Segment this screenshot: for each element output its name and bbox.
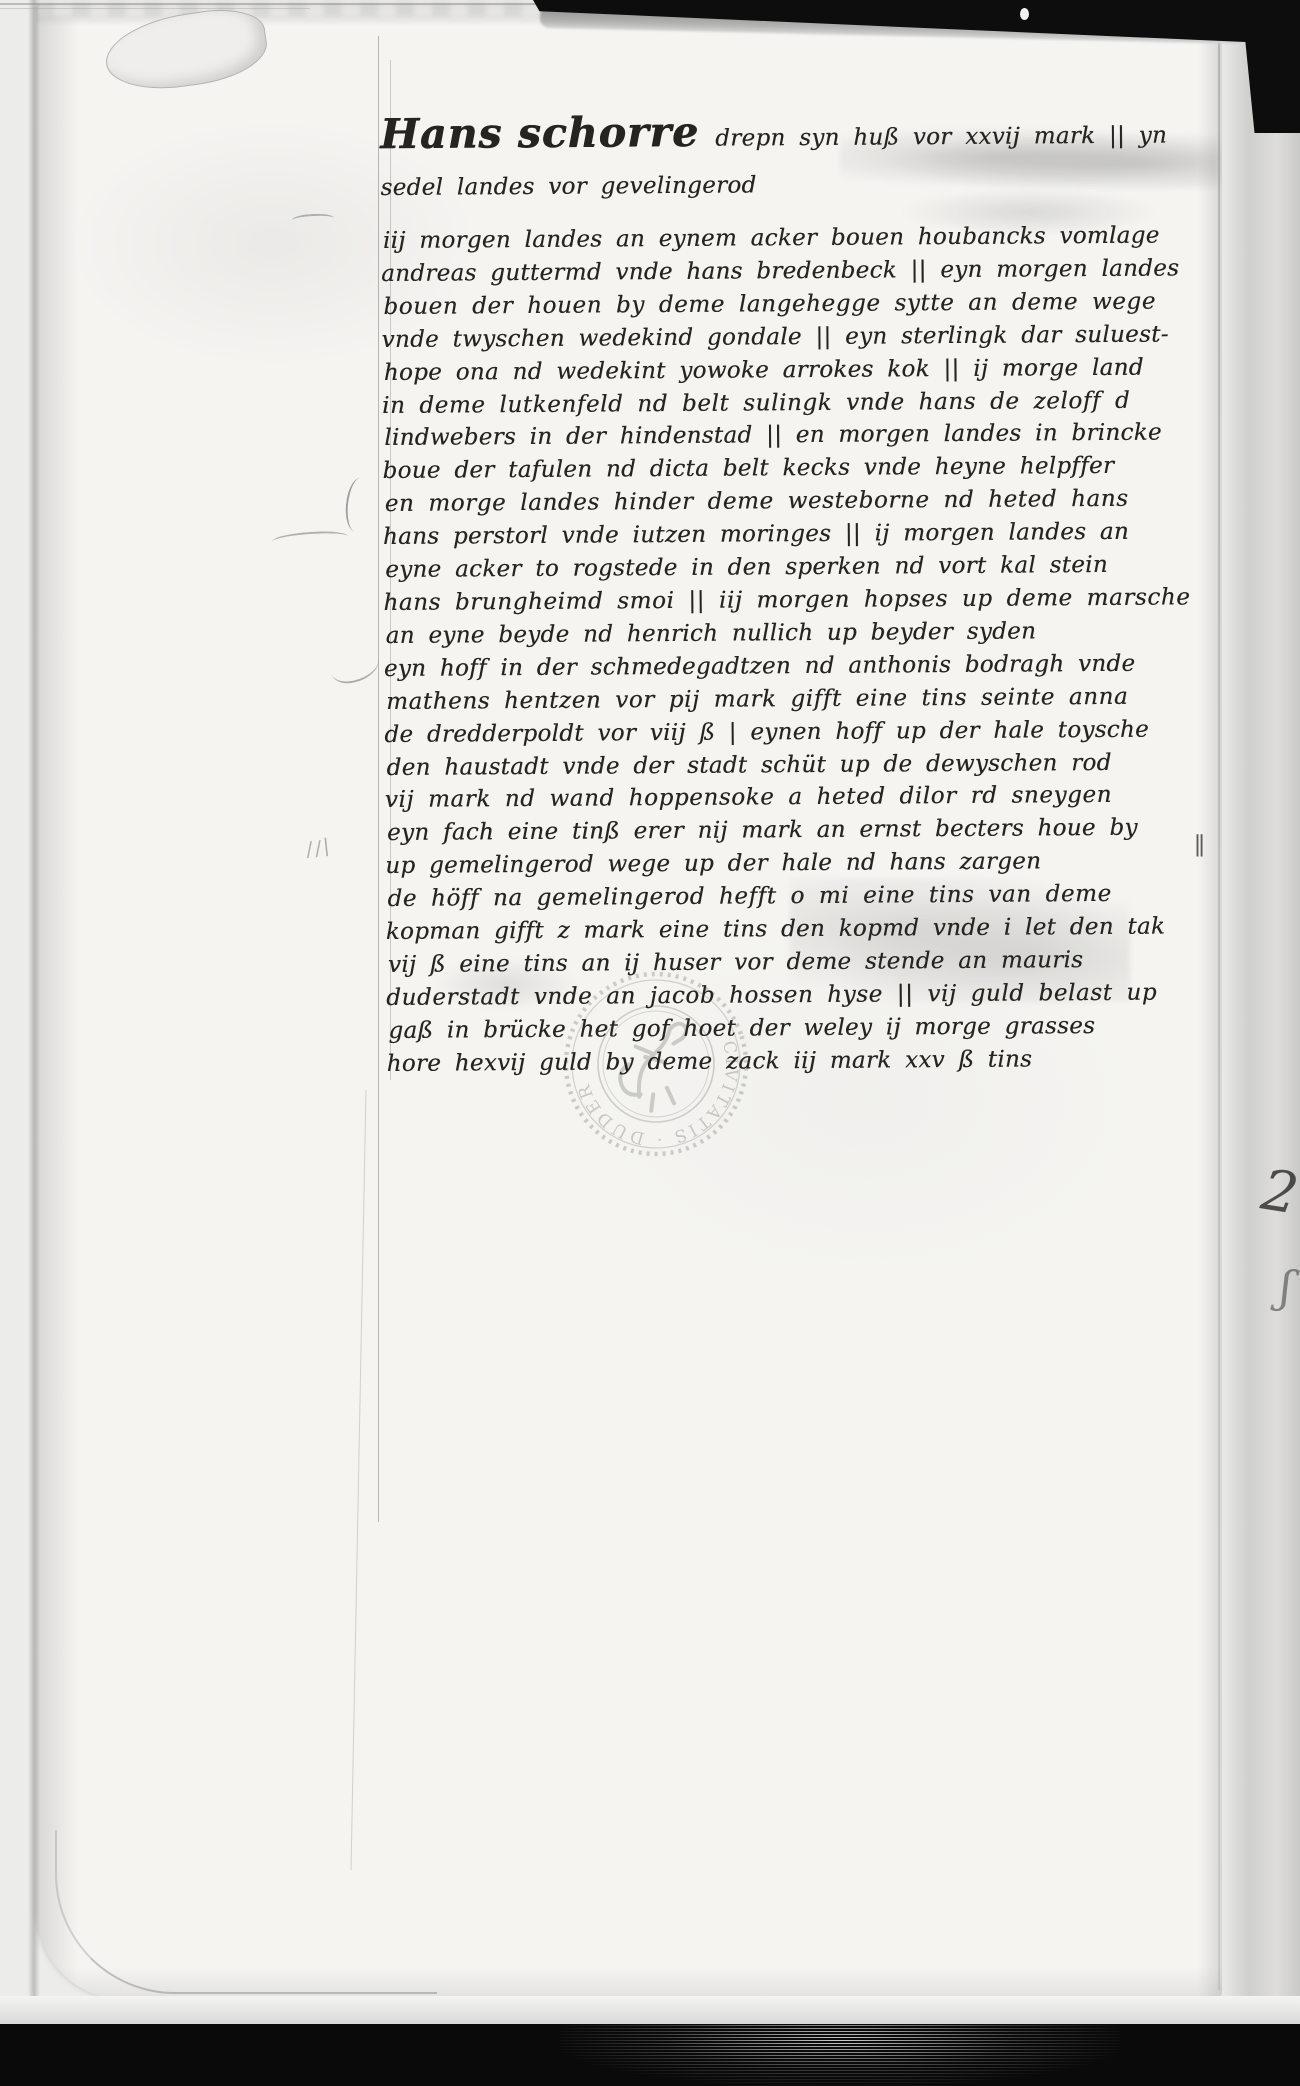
manuscript-line: bouen der houen by deme langehegge sytte… — [383, 285, 1225, 324]
book-bottom-edge-strip — [0, 1996, 1300, 2026]
manuscript-text-lines: iij morgen landes an eynem acker bouen h… — [381, 219, 1229, 1080]
entry-heading-name: Hans schorre — [380, 108, 699, 158]
margin-ruling-line — [378, 36, 379, 1522]
manuscript-line: hore hexvij guld by deme zack iij mark x… — [387, 1042, 1229, 1081]
manuscript-line: lindwebers in der hindenstad || en morge… — [384, 417, 1226, 456]
manuscript-line: hope ona nd wedekint yowoke arrokes kok … — [384, 351, 1226, 390]
manuscript-line: eyn fach eine tinß erer nij mark an erns… — [387, 811, 1229, 850]
scanner-background-bottom — [0, 2024, 1300, 2086]
book-fore-edge — [1222, 18, 1300, 2010]
manuscript-line: vij ß eine tins an ij huser vor deme ste… — [388, 943, 1230, 982]
manuscript-line: iij morgen landes an eynem acker bouen h… — [383, 219, 1225, 258]
manuscript-scan: ∕∕∣ ∥ CIVITATIS · DUDERSTADT · — [0, 0, 1300, 2086]
entry-subline: sedel landes vor gevelingerod — [380, 165, 1222, 205]
manuscript-line: an eyne beyde nd henrich nullich up beyd… — [386, 614, 1228, 653]
page-bottom-left-corner — [55, 1830, 437, 1994]
entry-heading-line: Hans schorredrepn syn huß vor xxvij mark… — [380, 100, 1222, 171]
page-right-edge-line — [1218, 30, 1220, 1990]
manuscript-line: den haustadt vnde der stadt schüt up de … — [387, 746, 1229, 785]
left-page-edge-seam — [28, 0, 40, 2010]
manuscript-line: mathens hentzen vor pij mark gifft eine … — [386, 680, 1228, 719]
manuscript-line: eyne acker to rogstede in den sperken nd… — [385, 548, 1227, 587]
manuscript-line: gaß in brücke het gof hoet der weley ij … — [388, 1009, 1230, 1048]
scan-top-hairline-2 — [0, 8, 310, 9]
entry-heading-continuation: drepn syn huß vor xxvij mark || yn — [715, 123, 1167, 152]
margin-pencil-marks: ∕∕∣ — [305, 835, 333, 862]
scan-top-hairline — [0, 3, 548, 5]
scanner-bottom-glow — [560, 2024, 1120, 2086]
manuscript-line: de höff na gemelingerod hefft o mi eine … — [387, 877, 1229, 916]
handwritten-text-block: Hans schorredrepn syn huß vor xxvij mark… — [380, 100, 1229, 1080]
manuscript-line: en morge landes hinder deme westeborne n… — [385, 482, 1227, 521]
dust-speck — [1020, 8, 1029, 20]
